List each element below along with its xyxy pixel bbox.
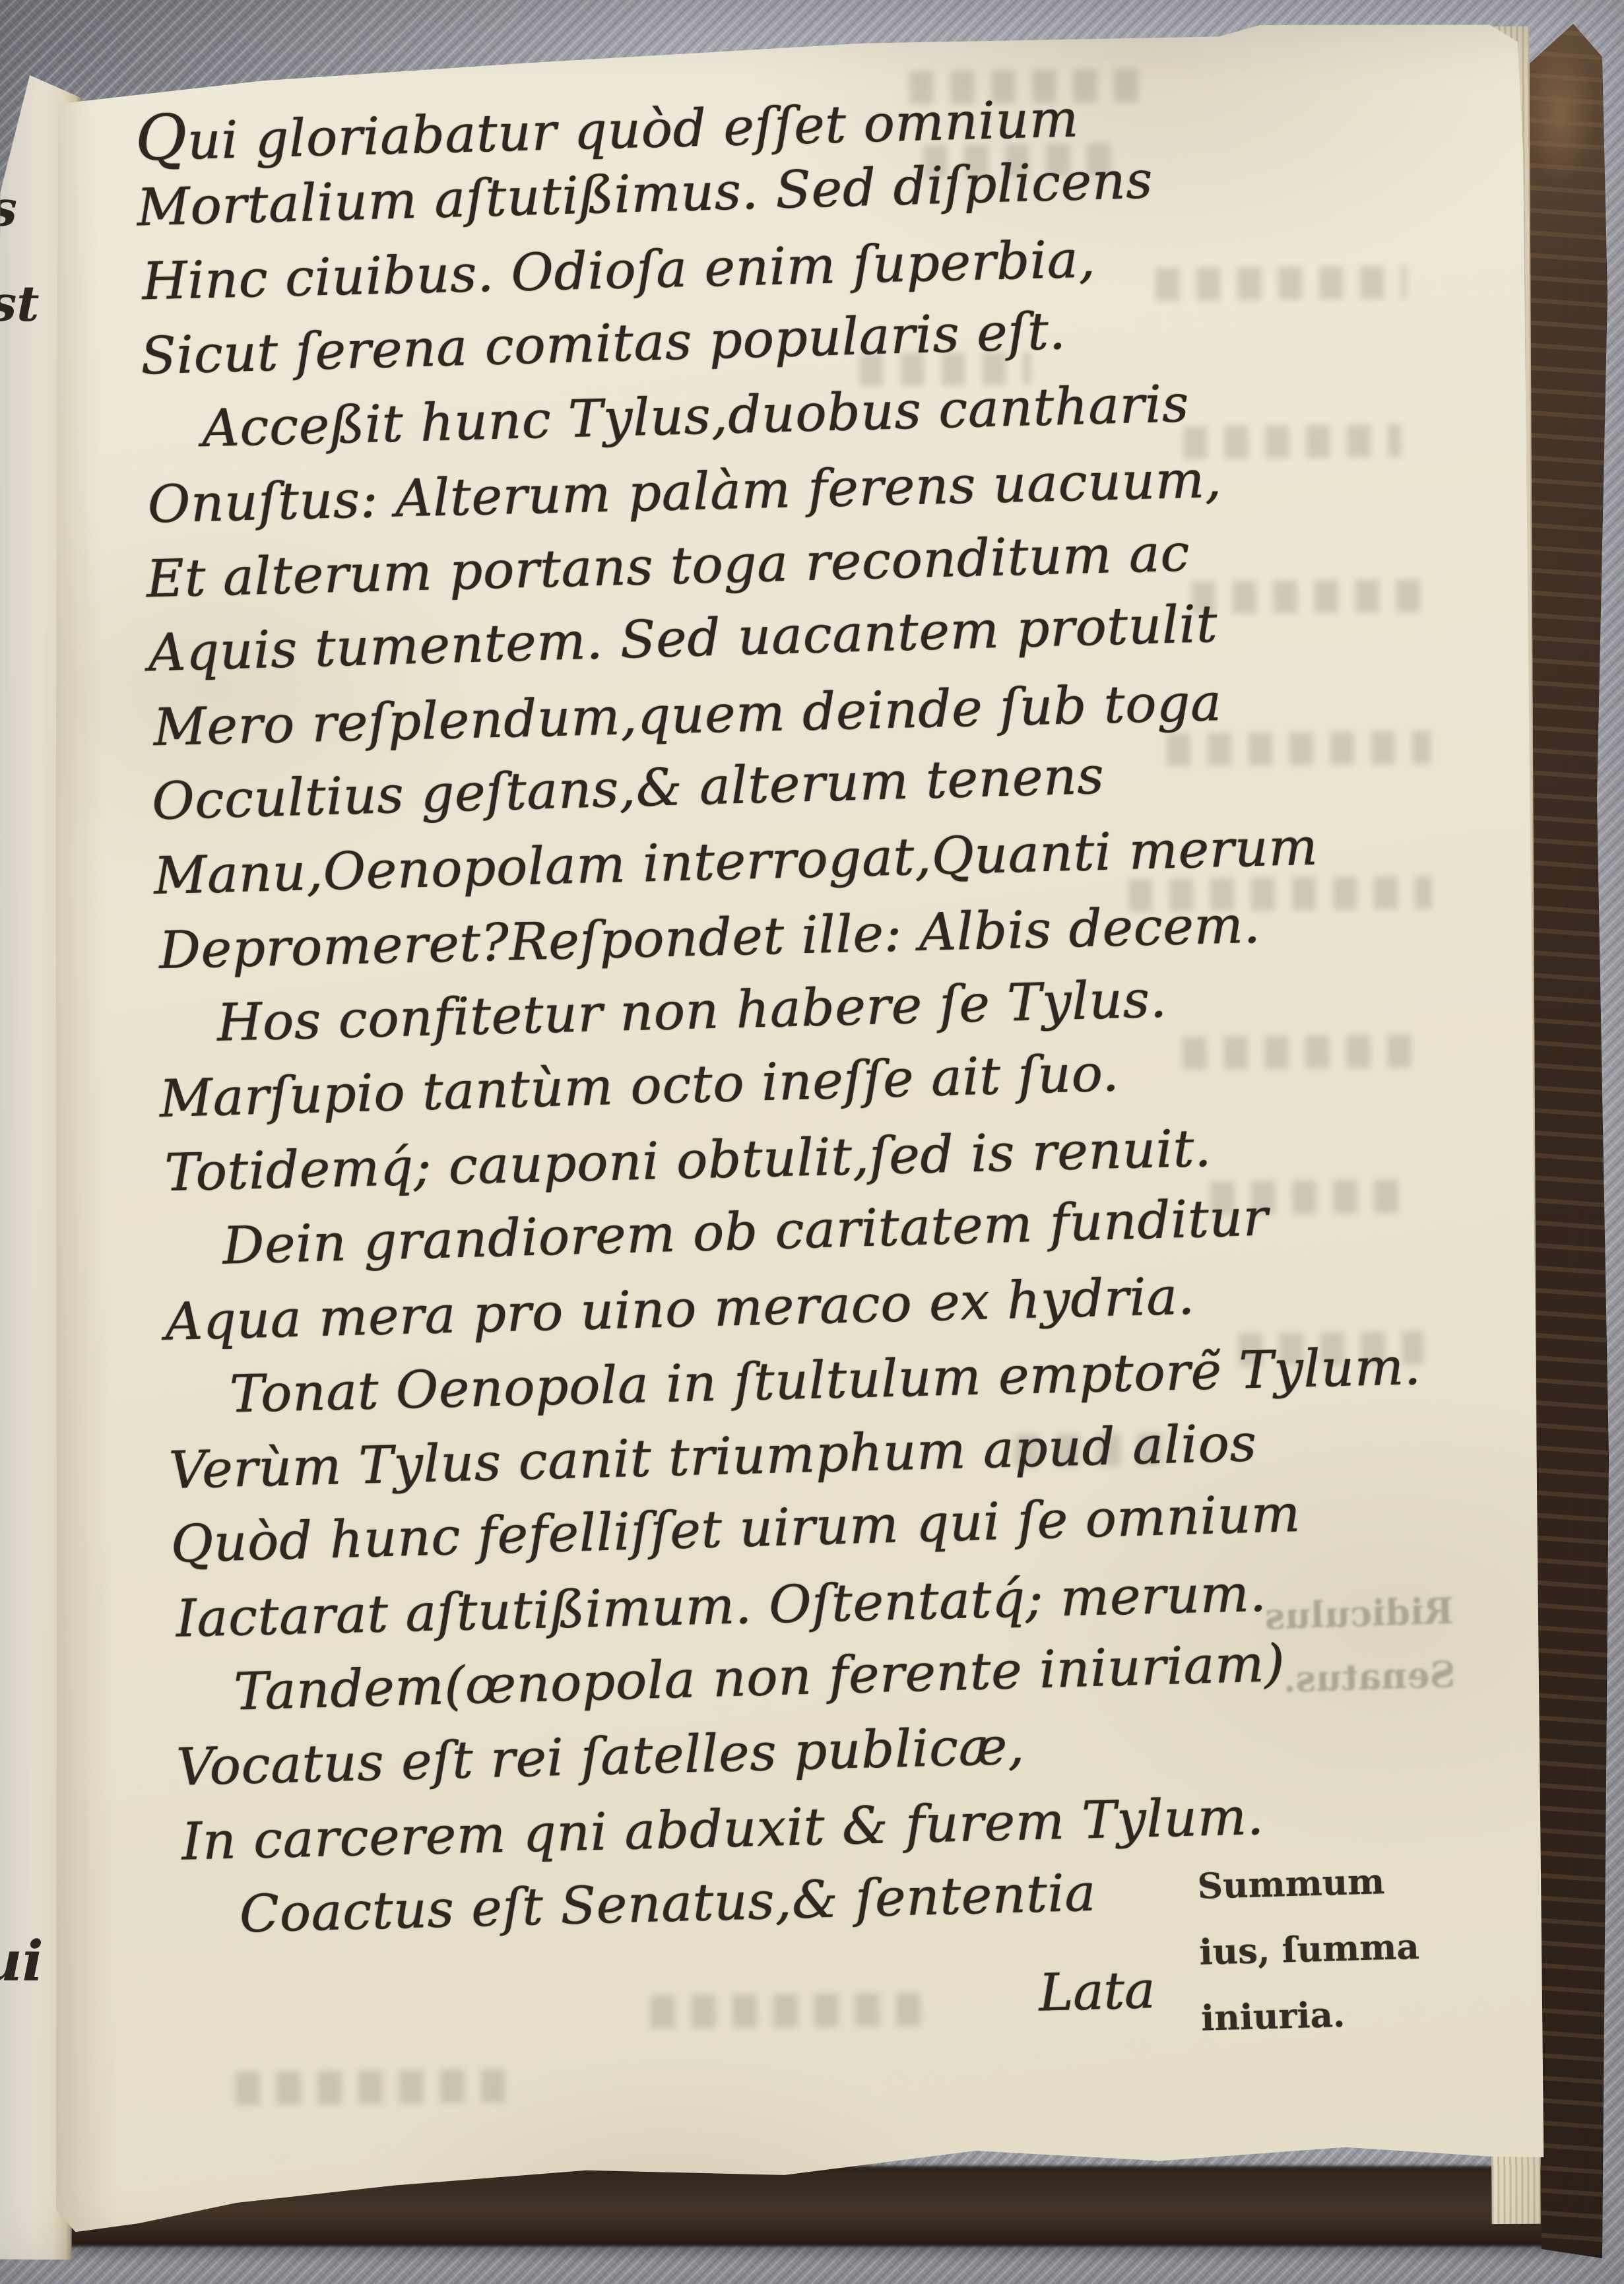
poem-line: Hos confitetur non habere ſe Tylus.	[216, 973, 1167, 1049]
margin-note-line: iniuria.	[1200, 1980, 1422, 2052]
poem-line: Quòd hunc fefelliſſet uirum qui ſe omniu…	[170, 1488, 1301, 1571]
edge-letter-fragment: ui	[0, 1934, 44, 1989]
margin-note: Summum ius, ſumma iniuria.	[1196, 1848, 1421, 2052]
margin-note-line: Summum	[1196, 1848, 1418, 1920]
book-page: Ridiculus Senatus. Qui gloriabatur quòd …	[18, 0, 1617, 2259]
poem-line: Aqua mera pro uino meraco ex hydria.	[164, 1271, 1195, 1348]
poem-line: Aquis tumentem. Sed uacantem protulit	[147, 599, 1218, 679]
poem-line: Dein grandiorem ob caritatem funditur	[222, 1192, 1269, 1272]
poem-line: Manu,Oenopolam interrogat,Quanti merum	[153, 822, 1318, 903]
poem-line: Acceßit hunc Tylus,duobus cantharis	[201, 378, 1190, 455]
poem-line: Coactus eſt Senatus,& ſententia	[239, 1868, 1097, 1941]
poem-line: Occultius geſtans,& alterum tenens	[151, 750, 1105, 828]
margin-note-line: ius, ſumma	[1198, 1914, 1420, 1986]
catchword: Lata	[1038, 1965, 1155, 2019]
poem-line: Et alterum portans toga reconditum ac	[146, 527, 1190, 605]
poem-line: Sicut ſerena comitas popularis eſt.	[140, 306, 1066, 382]
poem-line: Totidemq́; cauponi obtulit,ſed is renuit…	[164, 1123, 1212, 1199]
poem-line: Marſupio tantùm octo ineſſe ait ſuo.	[159, 1047, 1120, 1125]
edge-letter-fragment: st	[0, 280, 40, 329]
poem-line: Vocatus eſt rei ſatelles publicæ,	[176, 1720, 1025, 1794]
poem-line: Verùm Tylus canit triumphum apud alios	[168, 1418, 1257, 1497]
poem-line: In carcerem qni abduxit & furem Tylum.	[181, 1791, 1264, 1868]
poem-line: Iactarat aſtutißimum. Oſtentatq́; merum.	[176, 1568, 1267, 1645]
poem-line: Depromeret?Reſpondet ille: Albis decem.	[158, 899, 1261, 977]
poem-line: Mero reſplendum,quem deinde ſub toga	[152, 677, 1222, 754]
poem-line: Hinc ciuibus. Odioſa enim ſuperbia,	[141, 234, 1095, 308]
poem-line: Onuſtus: Alterum palàm ferens uacuum,	[147, 454, 1222, 531]
photo-scene: s st ui Ridiculus Senatus. Qui gloriabat…	[0, 0, 1624, 2284]
poem-line: Tandem(œnopola non ferente iniuriam)	[233, 1638, 1285, 1718]
edge-letter-fragment: s	[0, 185, 17, 234]
poem-line: Tonat Oenopola in ſtultulum emptorẽ Tylu…	[229, 1341, 1421, 1421]
